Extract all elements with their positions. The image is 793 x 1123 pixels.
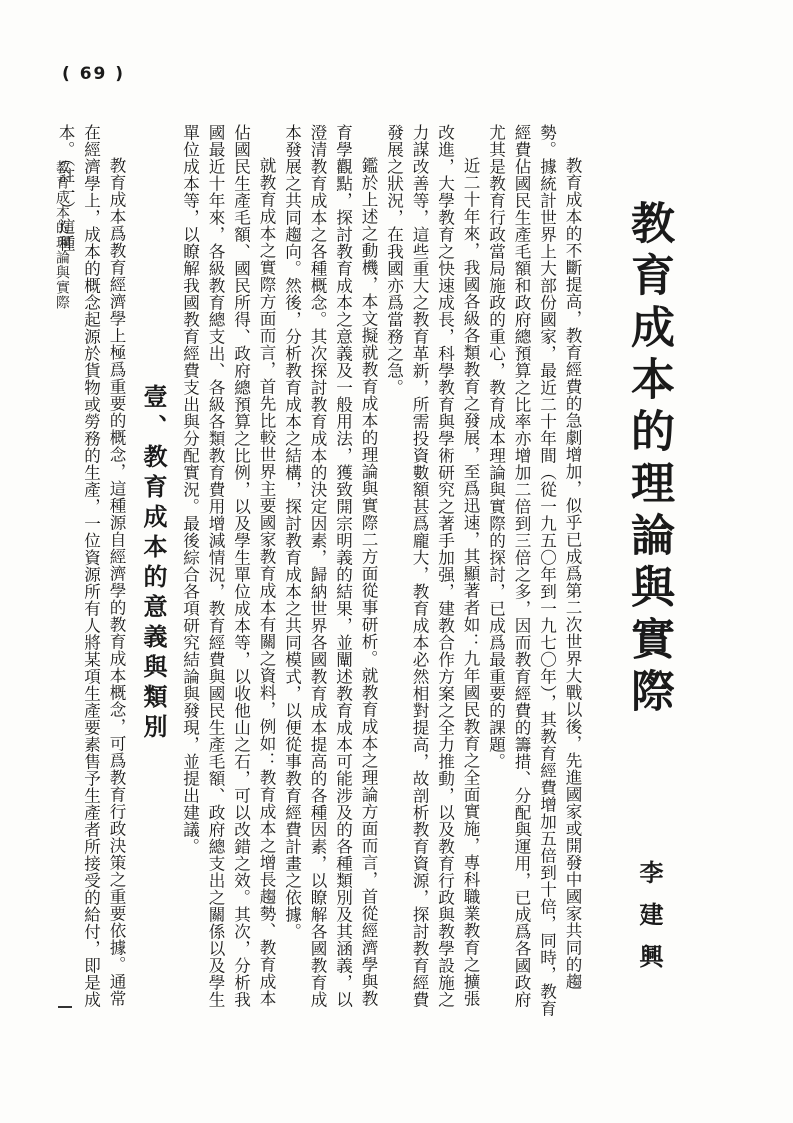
- article-author: 李建興: [632, 860, 667, 986]
- section-heading: 壹、教育成本的意義與類別: [129, 124, 177, 1024]
- article-title: 教育成本的理論與實際: [618, 200, 678, 720]
- paragraph: 近二十年來，我國各級各類教育之發展，至爲迅速，其顯著者如：九年國民教育之全面實施…: [381, 124, 483, 1024]
- paragraph: 就教育成本之實際方面而言，首先比較世界主要國家教育成本有關之資料，例如：教育成本…: [177, 124, 279, 1024]
- paragraph: 教育成本爲教育經濟學上極爲重要的概念，這種源自經濟學的教育成本概念，可爲教育行政…: [53, 124, 130, 1024]
- article-body: 教育成本的不斷提高，教育經費的急劇增加，似乎已成爲第二次世界大戰以後，先進國家或…: [25, 124, 585, 1024]
- paragraph: 鑑於上述之動機，本文擬就教育成本的理論與實際二方面從事研析。就教育成本之理論方面…: [279, 124, 381, 1024]
- page-number: ( 69 ): [62, 64, 125, 84]
- paragraph: 教育成本的不斷提高，教育經費的急劇增加，似乎已成爲第二次世界大戰以後，先進國家或…: [483, 124, 585, 1024]
